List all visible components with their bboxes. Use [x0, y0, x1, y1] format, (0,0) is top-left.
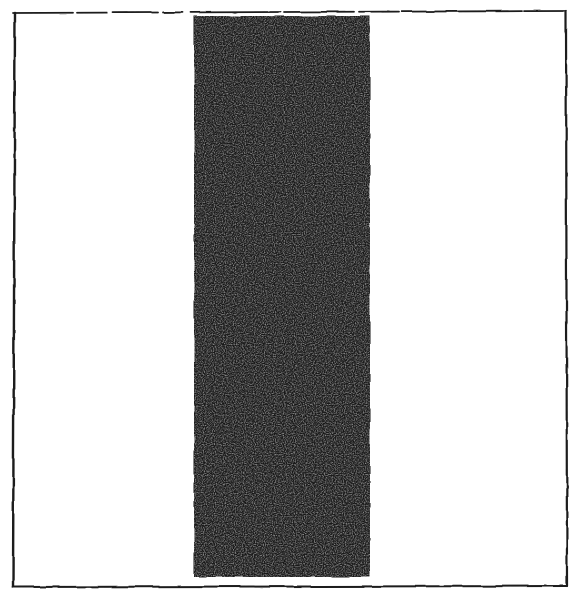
- artwork: [0, 0, 581, 600]
- black-vertical-bar: [194, 16, 370, 577]
- artwork-canvas: [0, 0, 581, 600]
